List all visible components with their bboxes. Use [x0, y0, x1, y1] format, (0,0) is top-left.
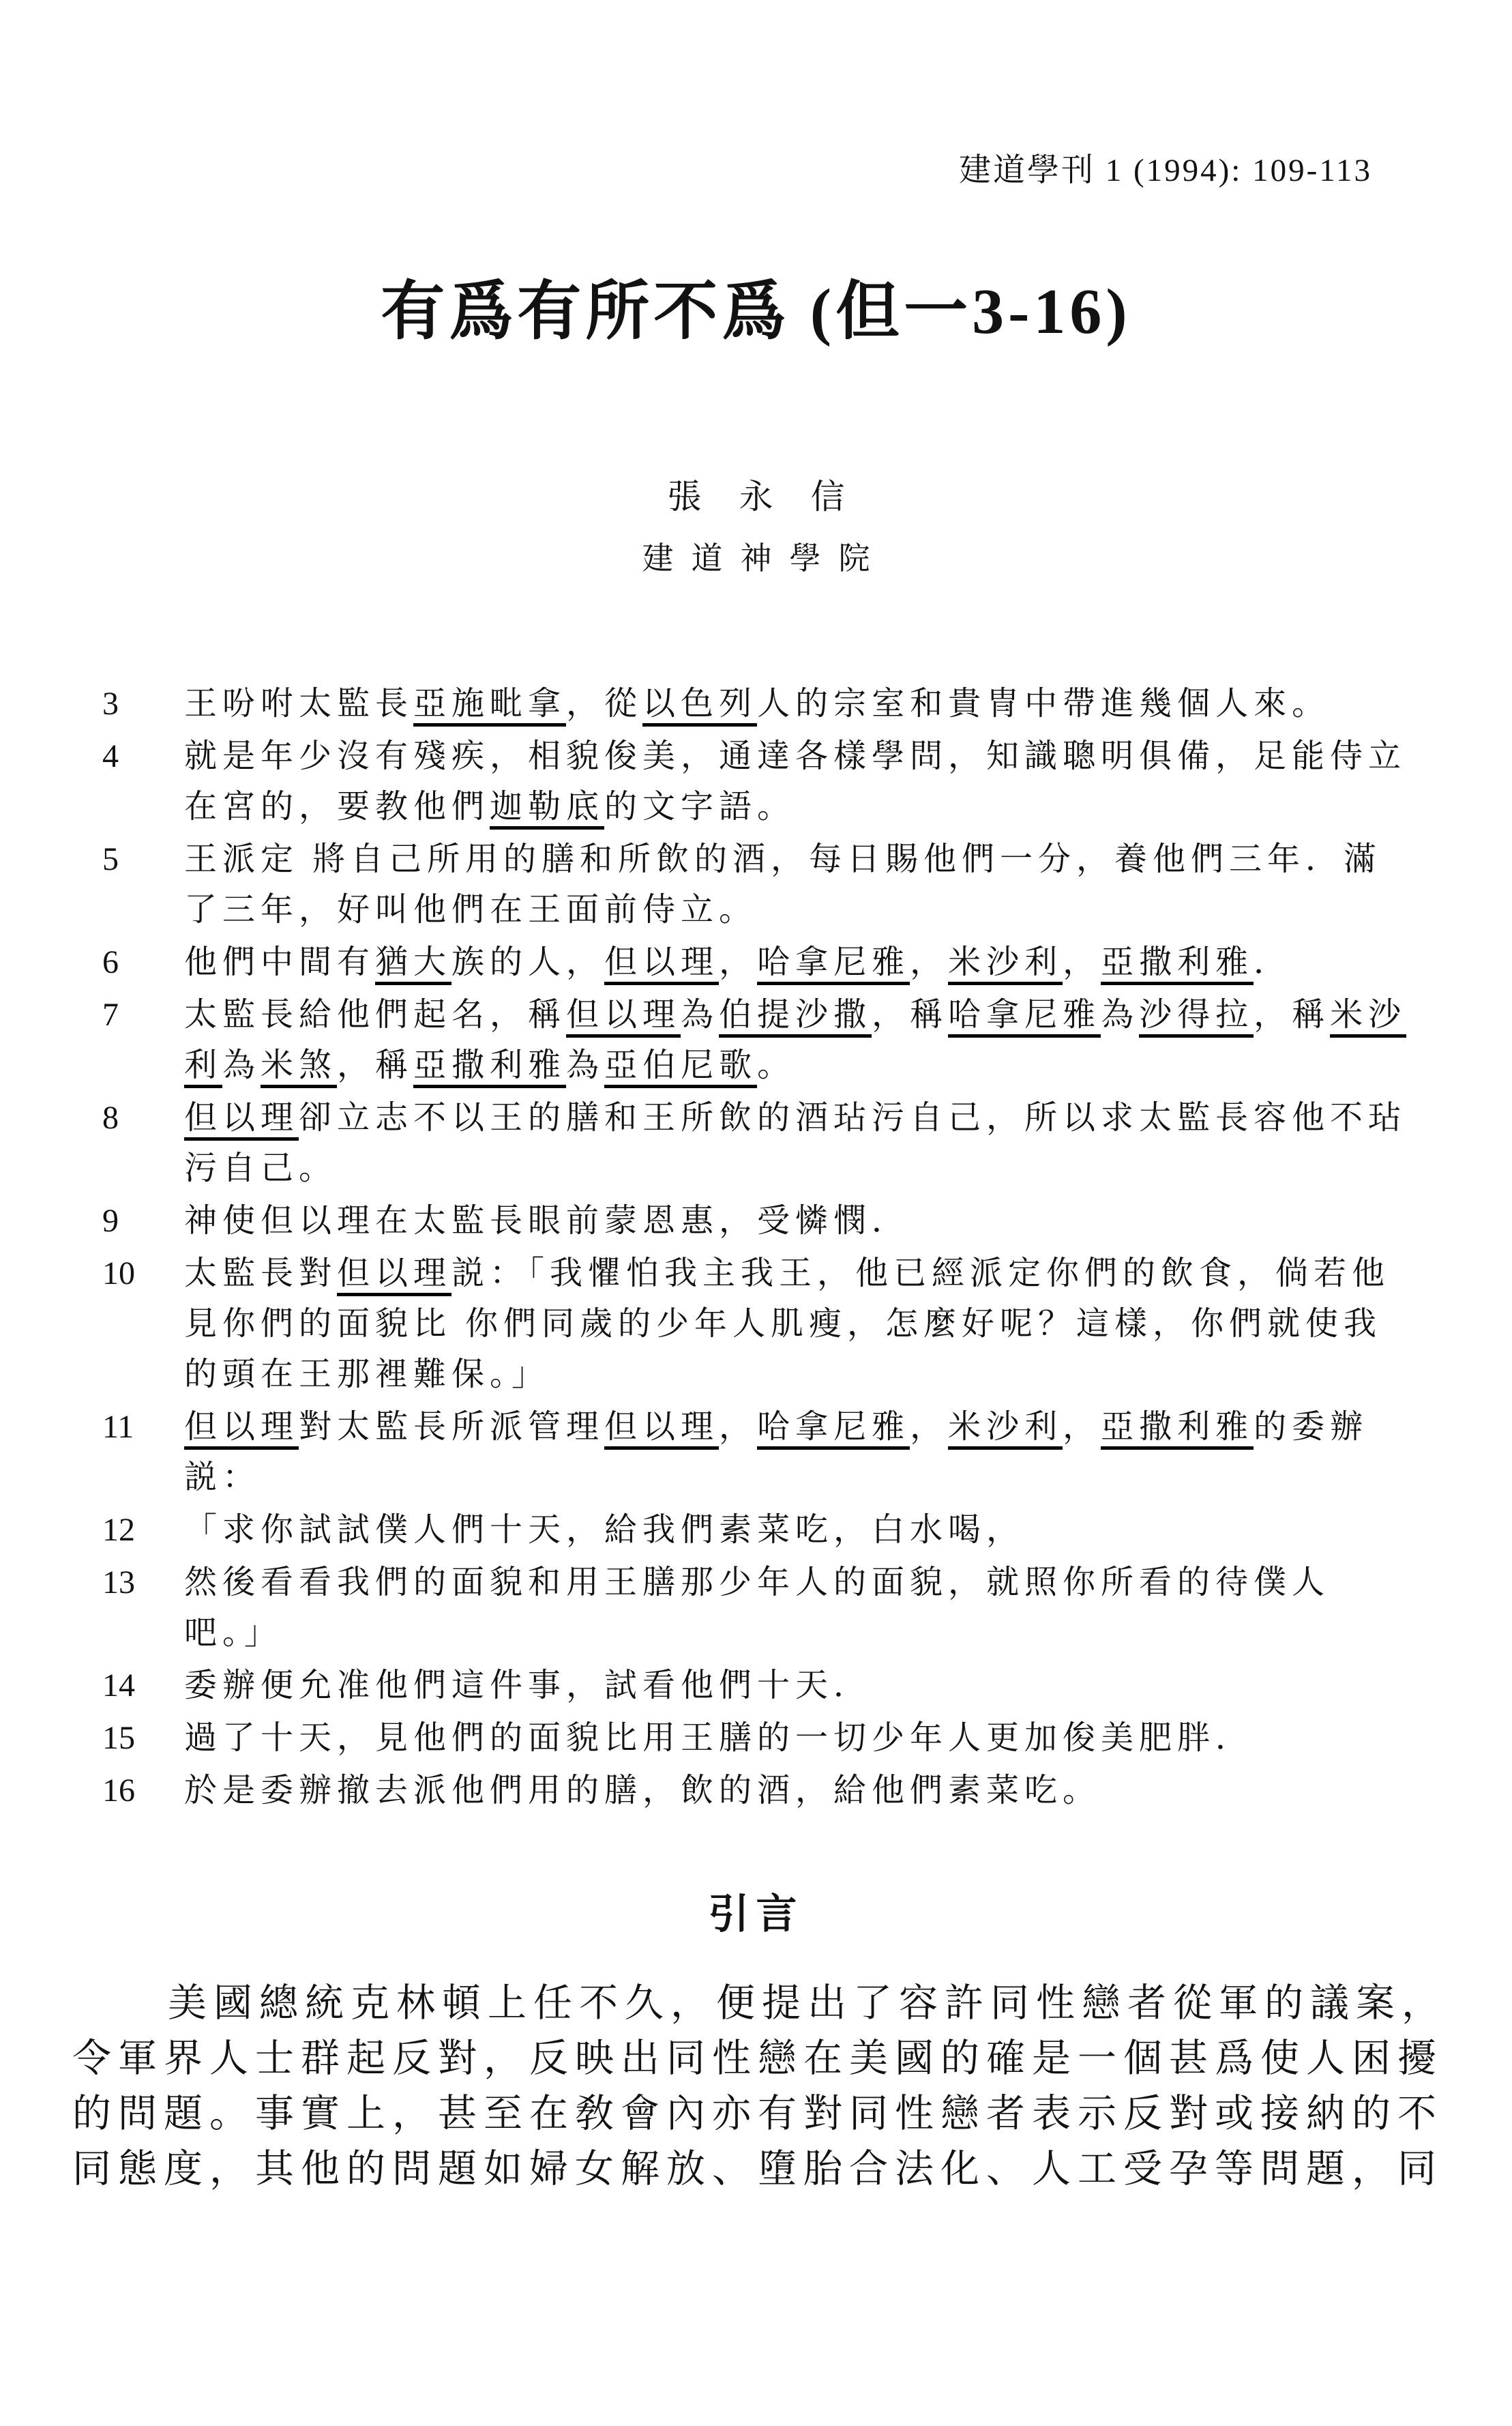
journal-page: 建道學刊 1 (1994): 109-113 有爲有所不爲 (但一3-16) 張…: [0, 0, 1512, 2426]
verse-text-segment: 為: [681, 997, 719, 1033]
underlined-proper-noun: 迦勒底: [490, 789, 604, 830]
verse-number: 11: [102, 1402, 184, 1452]
verse-number: 9: [102, 1196, 184, 1246]
underlined-proper-noun: 但以理: [337, 1255, 451, 1296]
verse-text: 然後看看我們的面貌和用王膳那少年人的面貌，就照你所看的待僕人 吧。」: [184, 1558, 1446, 1658]
section-heading-introduction: 引言: [0, 1882, 1512, 1940]
underlined-proper-noun: 哈拿尼雅: [948, 997, 1101, 1038]
verse-text-segment: 為: [566, 1047, 604, 1083]
underlined-proper-noun: 伯提沙撒: [719, 997, 872, 1038]
intro-paragraph: 美國總統克林頓上任不久，便提出了容許同性戀者從軍的議案， 令軍界人士群起反對，反…: [72, 1976, 1477, 2197]
verse-text: 神使但以理在太監長眼前蒙恩惠，受憐憫．: [184, 1196, 1446, 1246]
verse-text-segment: ，稱: [337, 1047, 413, 1083]
verse-row: 11但以理對太監長所派管理但以理，哈拿尼雅，米沙利，亞撒利雅的委辦 説：: [102, 1402, 1453, 1503]
verse-number: 12: [102, 1505, 184, 1555]
verse-number: 3: [102, 679, 184, 729]
verse-text-segment: 為: [222, 1047, 261, 1083]
verse-text-segment: 族的人，: [451, 944, 604, 980]
verse-number: 13: [102, 1558, 184, 1608]
author-affiliation: 建道神學院: [0, 534, 1512, 579]
underlined-proper-noun: 米沙利: [948, 944, 1063, 985]
verse-text: 王派定 將自己所用的膳和所飲的酒，每日賜他們一分，養他們三年．滿 了三年，好叫他…: [184, 834, 1446, 935]
underlined-proper-noun: 亞撒利雅: [1101, 944, 1254, 985]
verse-text-segment: ，: [1063, 1409, 1101, 1445]
verse-number: 4: [102, 731, 184, 782]
verse-text-segment: ，稱: [1254, 997, 1330, 1033]
verse-text: 但以理卻立志不以王的膳和王所飲的酒玷污自己，所以求太監長容他不玷 污自己。: [184, 1093, 1446, 1194]
verse-text-segment: 「求你試試僕人們十天，給我們素菜吃，白水喝，: [184, 1512, 1024, 1548]
verse-text-segment: 過了十天，見他們的面貌比用王膳的一切少年人更加俊美肥胖．: [184, 1720, 1254, 1756]
verse-row: 12「求你試試僕人們十天，給我們素菜吃，白水喝，: [102, 1505, 1453, 1555]
underlined-proper-noun: 米沙利: [948, 1409, 1063, 1450]
verse-row: 15過了十天，見他們的面貌比用王膳的一切少年人更加俊美肥胖．: [102, 1713, 1453, 1764]
verse-text-segment: 他們中間有: [184, 944, 375, 980]
verse-number: 8: [102, 1093, 184, 1143]
author-name: 張永信: [0, 469, 1512, 518]
verse-text-segment: 委辦便允准他們這件事，試看他們十天．: [184, 1667, 872, 1704]
verse-text-segment: 然後看看我們的面貌和用王膳那少年人的面貌，就照你所看的待僕人 吧。」: [184, 1564, 1330, 1651]
verse-text-segment: ，從: [566, 686, 642, 722]
underlined-proper-noun: 沙得拉: [1139, 997, 1254, 1038]
verse-number: 15: [102, 1713, 184, 1764]
verse-text: 太監長對但以理説：「我懼怕我主我王，他已經派定你們的飲食，倘若他 見你們的面貌比…: [184, 1248, 1446, 1400]
underlined-proper-noun: 亞伯尼歌: [604, 1047, 757, 1088]
verse-text-segment: 神使但以理在太監長眼前蒙恩惠，受憐憫．: [184, 1203, 910, 1239]
verse-text: 委辦便允准他們這件事，試看他們十天．: [184, 1661, 1446, 1711]
verse-text-segment: 。: [757, 1047, 795, 1083]
verse-row: 4就是年少沒有殘疾，相貌俊美，通達各樣學問，知識聰明俱備，足能侍立 在宮的，要教…: [102, 731, 1453, 832]
verse-text-segment: 王派定 將自己所用的膳和所飲的酒，每日賜他們一分，養他們三年．滿 了三年，好叫他…: [184, 841, 1382, 928]
verse-row: 8但以理卻立志不以王的膳和王所飲的酒玷污自己，所以求太監長容他不玷 污自己。: [102, 1093, 1453, 1194]
verse-text-segment: 的文字語。: [604, 789, 795, 825]
underlined-proper-noun: 亞撒利雅: [413, 1047, 566, 1088]
verse-text-segment: ．: [1254, 944, 1292, 980]
verse-text-segment: ，: [719, 944, 757, 980]
underlined-proper-noun: 猶大: [375, 944, 451, 985]
verse-text-segment: 太監長給他們起名，稱: [184, 997, 566, 1033]
verse-text-segment: 為: [1101, 997, 1139, 1033]
scripture-passage: 3王吩咐太監長亞施毗拿，從以色列人的宗室和貴冑中帶進幾個人來。4就是年少沒有殘疾…: [102, 679, 1453, 1818]
verse-text-segment: ，: [910, 1409, 948, 1445]
verse-text: 於是委辦撤去派他們用的膳，飲的酒，給他們素菜吃。: [184, 1766, 1446, 1816]
verse-row: 5王派定 將自己所用的膳和所飲的酒，每日賜他們一分，養他們三年．滿 了三年，好叫…: [102, 834, 1453, 935]
verse-number: 10: [102, 1248, 184, 1299]
verse-row: 9神使但以理在太監長眼前蒙恩惠，受憐憫．: [102, 1196, 1453, 1246]
verse-row: 14委辦便允准他們這件事，試看他們十天．: [102, 1661, 1453, 1711]
underlined-proper-noun: 但以理: [604, 1409, 719, 1450]
verse-text: 「求你試試僕人們十天，給我們素菜吃，白水喝，: [184, 1505, 1446, 1555]
journal-reference: 建道學刊 1 (1994): 109-113: [959, 145, 1372, 190]
verse-number: 6: [102, 937, 184, 988]
verse-number: 14: [102, 1661, 184, 1711]
verse-text: 太監長給他們起名，稱但以理為伯提沙撒，稱哈拿尼雅為沙得拉，稱米沙 利為米煞，稱亞…: [184, 990, 1446, 1091]
verse-text: 王吩咐太監長亞施毗拿，從以色列人的宗室和貴冑中帶進幾個人來。: [184, 679, 1446, 729]
verse-text-segment: ，: [910, 944, 948, 980]
verse-text: 過了十天，見他們的面貌比用王膳的一切少年人更加俊美肥胖．: [184, 1713, 1446, 1764]
verse-text: 但以理對太監長所派管理但以理，哈拿尼雅，米沙利，亞撒利雅的委辦 説：: [184, 1402, 1446, 1503]
verse-number: 5: [102, 834, 184, 885]
verse-text-segment: 於是委辦撤去派他們用的膳，飲的酒，給他們素菜吃。: [184, 1772, 1101, 1809]
verse-text-segment: 王吩咐太監長: [184, 686, 413, 722]
verse-text-segment: 對太監長所派管理: [299, 1409, 604, 1445]
verse-text-segment: 太監長對: [184, 1255, 337, 1291]
verse-row: 6他們中間有猶大族的人，但以理，哈拿尼雅，米沙利，亞撒利雅．: [102, 937, 1453, 988]
underlined-proper-noun: 以色列: [642, 686, 757, 727]
underlined-proper-noun: 亞撒利雅: [1101, 1409, 1254, 1450]
article-title: 有爲有所不爲 (但一3-16): [0, 259, 1512, 351]
verse-text: 就是年少沒有殘疾，相貌俊美，通達各樣學問，知識聰明俱備，足能侍立 在宮的，要教他…: [184, 731, 1446, 832]
verse-row: 16於是委辦撤去派他們用的膳，飲的酒，給他們素菜吃。: [102, 1766, 1453, 1816]
underlined-proper-noun: 但以理: [566, 997, 681, 1038]
verse-row: 3王吩咐太監長亞施毗拿，從以色列人的宗室和貴冑中帶進幾個人來。: [102, 679, 1453, 729]
verse-row: 10太監長對但以理説：「我懼怕我主我王，他已經派定你們的飲食，倘若他 見你們的面…: [102, 1248, 1453, 1400]
verse-text-segment: 人的宗室和貴冑中帶進幾個人來。: [757, 686, 1330, 722]
underlined-proper-noun: 但以理: [184, 1409, 299, 1450]
verse-text-segment: 卻立志不以王的膳和王所飲的酒玷污自己，所以求太監長容他不玷 污自己。: [184, 1100, 1406, 1186]
verse-text-segment: ，: [719, 1409, 757, 1445]
verse-row: 13然後看看我們的面貌和用王膳那少年人的面貌，就照你所看的待僕人 吧。」: [102, 1558, 1453, 1658]
verse-row: 7太監長給他們起名，稱但以理為伯提沙撒，稱哈拿尼雅為沙得拉，稱米沙 利為米煞，稱…: [102, 990, 1453, 1091]
underlined-proper-noun: 亞施毗拿: [413, 686, 566, 727]
verse-number: 7: [102, 990, 184, 1040]
underlined-proper-noun: 但以理: [604, 944, 719, 985]
underlined-proper-noun: 米煞: [261, 1047, 337, 1088]
verse-number: 16: [102, 1766, 184, 1816]
underlined-proper-noun: 哈拿尼雅: [757, 944, 910, 985]
underlined-proper-noun: 哈拿尼雅: [757, 1409, 910, 1450]
verse-text: 他們中間有猶大族的人，但以理，哈拿尼雅，米沙利，亞撒利雅．: [184, 937, 1446, 988]
verse-text-segment: ，: [1063, 944, 1101, 980]
verse-text-segment: ，稱: [872, 997, 948, 1033]
underlined-proper-noun: 但以理: [184, 1100, 299, 1141]
